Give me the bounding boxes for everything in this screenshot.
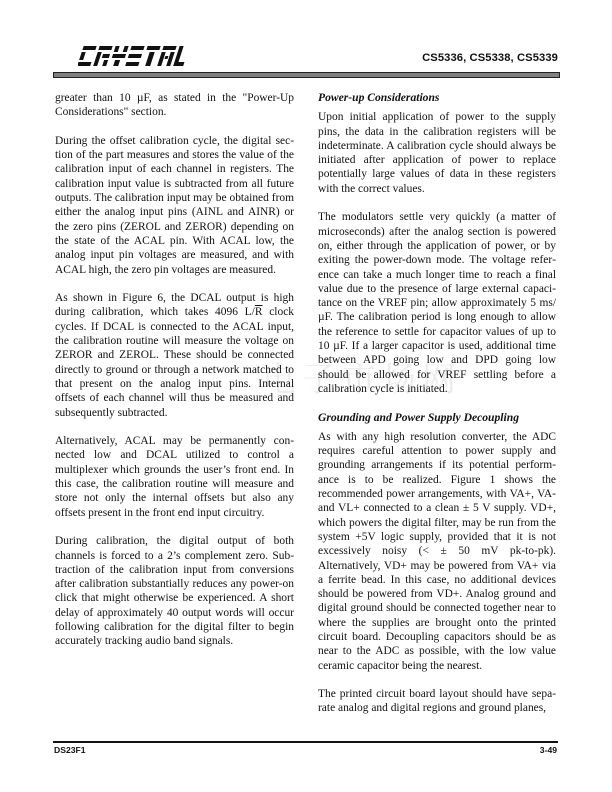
paragraph-modulators-settle: The modulators settle very quickly (a ma… [318,210,556,396]
paragraph-dcal-figure6: As shown in Figure 6, the DCAL output is… [55,291,294,420]
paragraph-pcb-layout: The printed circuit board layout should … [318,687,556,716]
dcal-text-after: clock cycles. If DCAL is connected to th… [55,306,294,418]
right-column: Power-up Considerations Upon initial app… [318,91,556,730]
left-column: greater than 10 µF, as stated in the "Po… [55,91,294,663]
section-heading-grounding: Grounding and Power Supply Decoupling [318,411,556,425]
footer-divider [53,741,558,743]
paragraph-calibration-output: During calibration, the digital output o… [55,534,294,648]
paragraph-power-up-reference: greater than 10 µF, as stated in the "Po… [55,91,294,120]
paragraph-initial-power: Upon initial application of power to the… [318,110,556,196]
document-title: CS5336, CS5338, CS5339 [422,52,558,64]
footer-page-number: 3-49 [540,745,557,755]
paragraph-grounding: As with any high resolution converter, t… [318,430,556,673]
paragraph-acal-alternative: Alternatively, ACAL may be permanently c… [55,434,294,520]
paragraph-offset-calibration: During the offset calibration cycle, the… [55,134,294,277]
section-heading-power-up: Power-up Considerations [318,91,556,105]
crystal-logo [78,45,188,67]
footer-document-id: DS23F1 [54,745,86,755]
header-divider-bar [53,72,560,78]
datasheet-page: CS5336, CS5338, CS5339 电子市场网 greater tha… [0,0,612,792]
